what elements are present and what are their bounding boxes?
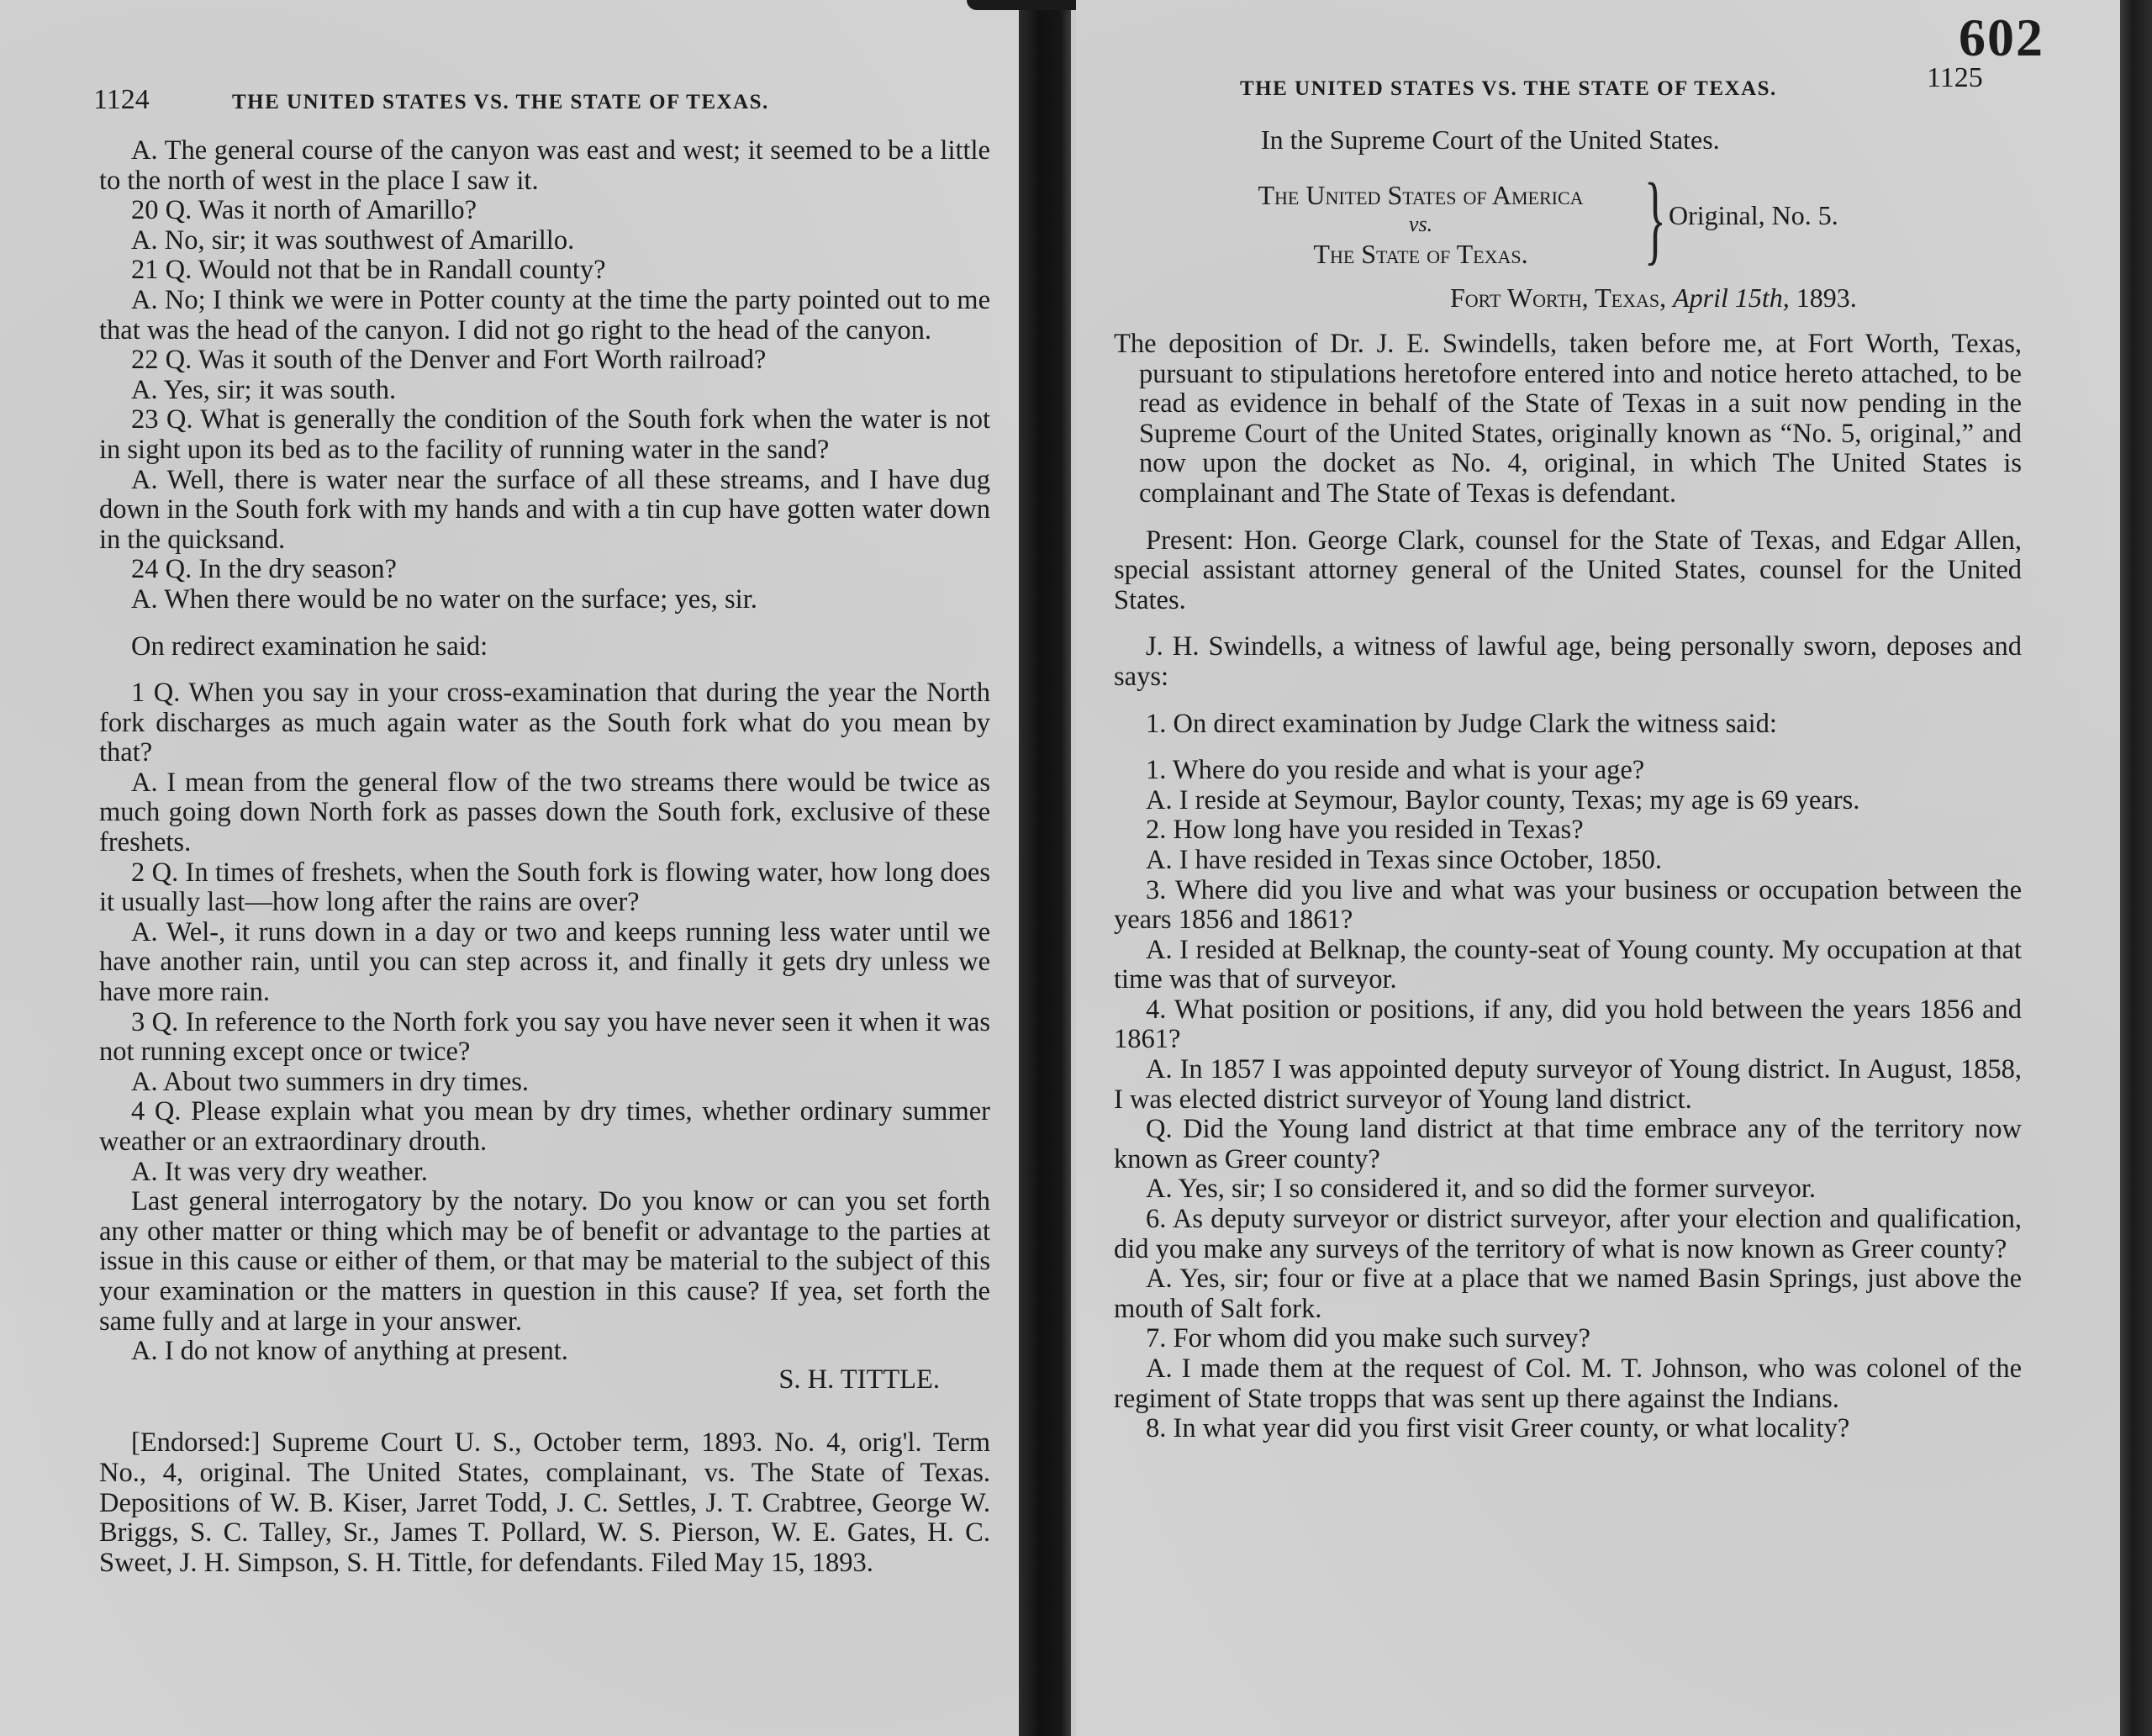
place-date: Fort Worth, Texas, April 15th, 1893. xyxy=(1450,282,1857,314)
paragraph: A. About two summers in dry times. xyxy=(99,1068,990,1098)
place: Fort Worth, Texas, xyxy=(1450,282,1666,313)
paragraph: 1 Q. When you say in your cross-examinat… xyxy=(99,678,990,768)
section-heading: 1. On direct examination by Judge Clark … xyxy=(1114,710,2022,740)
left-page-number: 1124 xyxy=(93,84,150,116)
paragraph: A. Yes, sir; I so considered it, and so … xyxy=(1114,1174,2022,1205)
paragraph: A. I made them at the request of Col. M.… xyxy=(1114,1354,2022,1414)
case-number: Original, No. 5. xyxy=(1669,200,1838,231)
plaintiff: The United States of America xyxy=(1194,178,1648,212)
right-body: The deposition of Dr. J. E. Swindells, t… xyxy=(1114,330,2022,1444)
left-page: 1124 THE UNITED STATES VS. THE STATE OF … xyxy=(0,0,1021,1736)
paragraph: A. Wel-, it runs down in a day or two an… xyxy=(99,918,990,1008)
paragraph: 6. As deputy surveyor or district survey… xyxy=(1114,1205,2022,1264)
paragraph: 3 Q. In reference to the North fork you … xyxy=(99,1008,990,1068)
paragraph: A. It was very dry weather. xyxy=(99,1158,990,1188)
paragraph: 4 Q. Please explain what you mean by dry… xyxy=(99,1097,990,1157)
paragraph: Q. Did the Young land district at that t… xyxy=(1114,1115,2022,1174)
right-page-edge xyxy=(2120,0,2152,1736)
paragraph: The deposition of Dr. J. E. Swindells, t… xyxy=(1114,330,2022,509)
paragraph: 24 Q. In the dry season? xyxy=(99,555,990,585)
section-heading: On redirect examination he said: xyxy=(99,632,990,662)
paragraph: A. I reside at Seymour, Baylor county, T… xyxy=(1114,786,2022,816)
paragraph: A. I resided at Belknap, the county-seat… xyxy=(1114,936,2022,995)
paragraph: 20 Q. Was it north of Amarillo? xyxy=(99,196,990,226)
paragraph: A. Yes, sir; four or five at a place tha… xyxy=(1114,1264,2022,1324)
paragraph: 2 Q. In times of freshets, when the Sout… xyxy=(99,858,990,918)
endorsement: [Endorsed:] Supreme Court U. S., October… xyxy=(99,1428,990,1578)
brace-icon: } xyxy=(1644,168,1666,269)
paragraph: Present: Hon. George Clark, counsel for … xyxy=(1114,526,2022,616)
signature: S. H. TITTLE. xyxy=(99,1365,990,1396)
paragraph: A. The general course of the canyon was … xyxy=(99,136,990,196)
versus: vs. xyxy=(1194,212,1648,237)
paragraph: 3. Where did you live and what was your … xyxy=(1114,876,2022,936)
right-page-number: 1125 xyxy=(1927,62,1983,94)
paragraph: 2. How long have you resided in Texas? xyxy=(1114,815,2022,846)
paragraph: A. In 1857 I was appointed deputy survey… xyxy=(1114,1055,2022,1115)
paragraph: A. I mean from the general flow of the t… xyxy=(99,768,990,858)
right-page: 602 THE UNITED STATES VS. THE STATE OF T… xyxy=(1076,0,2123,1736)
defendant: The State of Texas. xyxy=(1194,237,1648,271)
case-caption-parties: The United States of America vs. The Sta… xyxy=(1194,178,1648,271)
left-body: A. The general course of the canyon was … xyxy=(99,136,990,1578)
paragraph: 8. In what year did you first visit Gree… xyxy=(1114,1414,2022,1444)
paragraph: A. Yes, sir; it was south. xyxy=(99,376,990,406)
paragraph: J. H. Swindells, a witness of lawful age… xyxy=(1114,632,2022,692)
left-running-head: THE UNITED STATES VS. THE STATE OF TEXAS… xyxy=(232,91,769,114)
paragraph: A. When there would be no water on the s… xyxy=(99,585,990,615)
paragraph: Last general interrogatory by the notary… xyxy=(99,1187,990,1337)
paragraph: 23 Q. What is generally the condition of… xyxy=(99,405,990,465)
paragraph: 4. What position or positions, if any, d… xyxy=(1114,995,2022,1055)
paragraph: 1. Where do you reside and what is your … xyxy=(1114,756,2022,786)
paragraph: A. Well, there is water near the surface… xyxy=(99,466,990,556)
date: April 15th, xyxy=(1673,282,1790,313)
stamp-number: 602 xyxy=(1959,7,2044,69)
paragraph: 22 Q. Was it south of the Denver and For… xyxy=(99,346,990,376)
court-title: In the Supreme Court of the United State… xyxy=(1261,124,1720,156)
paragraph: A. I have resided in Texas since October… xyxy=(1114,846,2022,876)
right-running-head: THE UNITED STATES VS. THE STATE OF TEXAS… xyxy=(1240,77,1777,101)
paragraph: A. No; I think we were in Potter county … xyxy=(99,286,990,346)
year: 1893. xyxy=(1796,282,1857,313)
paragraph: 7. For whom did you make such survey? xyxy=(1114,1324,2022,1354)
book-spine xyxy=(1019,0,1071,1736)
paragraph: A. No, sir; it was southwest of Amarillo… xyxy=(99,226,990,256)
paragraph: A. I do not know of anything at present. xyxy=(99,1337,990,1367)
paragraph: 21 Q. Would not that be in Randall count… xyxy=(99,256,990,286)
